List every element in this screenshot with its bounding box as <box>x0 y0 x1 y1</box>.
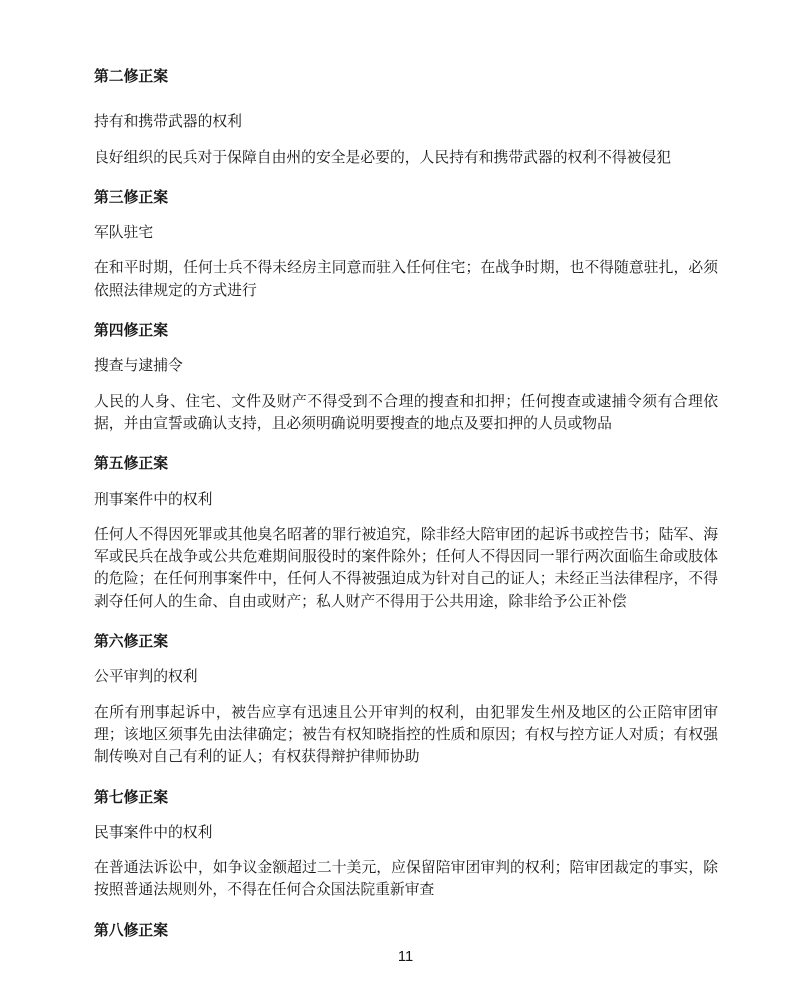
document-page: 第二修正案 持有和携带武器的权利 良好组织的民兵对于保障自由州的安全是必要的，人… <box>0 0 811 1000</box>
amendment-subtitle: 刑事案件中的权利 <box>94 489 718 511</box>
amendment-section: 第二修正案 持有和携带武器的权利 良好组织的民兵对于保障自由州的安全是必要的，人… <box>94 66 718 169</box>
page-number: 11 <box>0 946 811 968</box>
amendment-heading: 第四修正案 <box>94 320 718 342</box>
amendment-heading: 第八修正案 <box>94 920 718 942</box>
amendment-body: 在普通法诉讼中，如争议金额超过二十美元，应保留陪审团审判的权利；陪审团裁定的事实… <box>94 857 718 902</box>
amendment-body: 在和平时期，任何士兵不得未经房主同意而驻入任何住宅；在战争时期，也不得随意驻扎，… <box>94 257 718 302</box>
amendment-body: 任何人不得因死罪或其他臭名昭著的罪行被追究，除非经大陪审团的起诉书或控告书；陆军… <box>94 524 718 613</box>
amendment-heading: 第六修正案 <box>94 631 718 653</box>
amendment-section: 第四修正案 搜查与逮捕令 人民的人身、住宅、文件及财产不得受到不合理的搜查和扣押… <box>94 320 718 435</box>
amendment-heading: 第五修正案 <box>94 453 718 475</box>
amendment-section: 第五修正案 刑事案件中的权利 任何人不得因死罪或其他臭名昭著的罪行被追究，除非经… <box>94 453 718 613</box>
amendment-subtitle: 民事案件中的权利 <box>94 822 718 844</box>
amendment-heading: 第七修正案 <box>94 787 718 809</box>
amendment-body: 在所有刑事起诉中，被告应享有迅速且公开审判的权利，由犯罪发生州及地区的公正陪审团… <box>94 702 718 769</box>
amendment-subtitle: 搜查与逮捕令 <box>94 355 718 377</box>
document-content: 第二修正案 持有和携带武器的权利 良好组织的民兵对于保障自由州的安全是必要的，人… <box>94 66 718 955</box>
amendment-section: 第八修正案 <box>94 920 718 942</box>
amendment-subtitle: 公平审判的权利 <box>94 666 718 688</box>
amendment-section: 第六修正案 公平审判的权利 在所有刑事起诉中，被告应享有迅速且公开审判的权利，由… <box>94 631 718 768</box>
amendment-body: 良好组织的民兵对于保障自由州的安全是必要的，人民持有和携带武器的权利不得被侵犯 <box>94 147 718 169</box>
amendment-subtitle: 持有和携带武器的权利 <box>94 111 718 133</box>
amendment-heading: 第三修正案 <box>94 187 718 209</box>
amendment-subtitle: 军队驻宅 <box>94 222 718 244</box>
amendment-body: 人民的人身、住宅、文件及财产不得受到不合理的搜查和扣押；任何搜查或逮捕令须有合理… <box>94 391 718 436</box>
amendment-section: 第三修正案 军队驻宅 在和平时期，任何士兵不得未经房主同意而驻入任何住宅；在战争… <box>94 187 718 302</box>
amendment-heading: 第二修正案 <box>94 66 718 88</box>
amendment-section: 第七修正案 民事案件中的权利 在普通法诉讼中，如争议金额超过二十美元，应保留陪审… <box>94 787 718 902</box>
